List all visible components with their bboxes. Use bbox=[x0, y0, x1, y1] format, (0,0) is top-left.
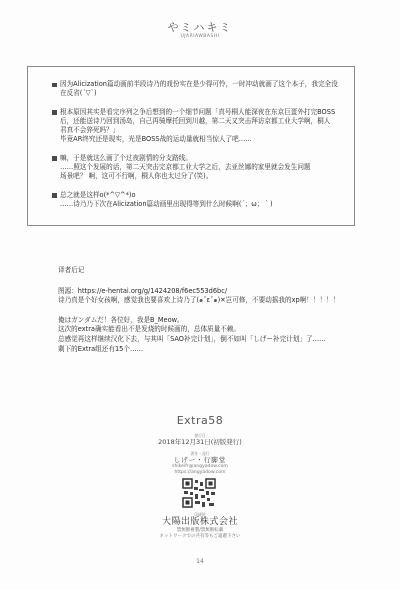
publish-date: 發行日 2018年12月31日(初版発行) bbox=[0, 433, 400, 446]
translator-afterword: 译者后记 图源：https://e-hentai.org/g/1424208/f… bbox=[58, 266, 368, 354]
author-info: 著作・発行 しげー・行脚堂 shikeifr@angyadow.com http… bbox=[0, 451, 400, 475]
note-item: 总之就是这样o(*^▽^*)o ……诗乃乃下次在Alicization篇动画里出… bbox=[52, 191, 342, 210]
logo-sub: UJARIAWBASHI bbox=[0, 34, 400, 40]
author-url[interactable]: https://angyadow.com bbox=[0, 470, 400, 476]
source-link[interactable]: 图源：https://e-hentai.org/g/1424208/f6ec55… bbox=[58, 287, 368, 297]
square-bullet-icon bbox=[52, 110, 57, 115]
page-number: 14 bbox=[0, 558, 400, 565]
square-bullet-icon bbox=[52, 83, 57, 88]
printer-info: 印刷所 大陽出版株式会社 禁無断複製/禁無断転載 ネットワークでの共有等もご遠慮… bbox=[0, 512, 400, 539]
qr-code-icon bbox=[182, 478, 216, 508]
note-item: 嘛，于是就这么画了个过夜剧情的分支路线。 ……照这个发展的话，第二天突击完京都工… bbox=[52, 154, 342, 182]
note-item: 根本原因其实是看完序列之争后想到的一个细节问题「真号桐人能深夜在东京巨蛋外打完B… bbox=[52, 108, 342, 145]
book-title: Extra58 bbox=[0, 414, 400, 427]
logo-main: やミハキミ bbox=[0, 22, 400, 34]
square-bullet-icon bbox=[52, 156, 57, 161]
afterword-title: 译者后记 bbox=[58, 266, 368, 276]
note-item: 因为Alicization篇动画前半段诗乃的戏份实在是少得可怜，一时冲动就画了这… bbox=[52, 80, 342, 99]
author-notes: 因为Alicization篇动画前半段诗乃的戏份实在是少得可怜，一时冲动就画了这… bbox=[52, 80, 342, 218]
circle-logo: やミハキミ UJARIAWBASHI bbox=[0, 22, 400, 40]
square-bullet-icon bbox=[52, 193, 57, 198]
